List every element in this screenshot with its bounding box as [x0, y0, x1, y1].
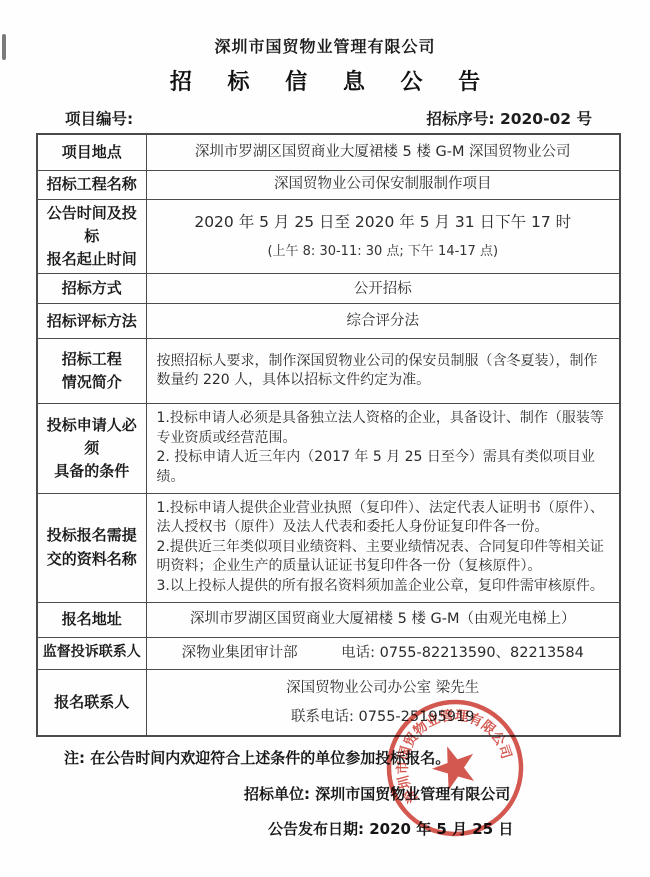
- project-number-label: 项目编号:: [36, 110, 133, 128]
- tender-info-table: 项目地点 深圳市罗湖区国贸商业大厦裙楼 5 楼 G-M 深国贸物业公司 招标工程…: [36, 133, 621, 737]
- table-row-project-location: 项目地点 深圳市罗湖区国贸商业大厦裙楼 5 楼 G-M 深国贸物业公司: [37, 134, 620, 170]
- value-line: 按照招标人要求，制作深国贸物业公司的保安员制服（含冬夏装），制作数量约 220 …: [157, 352, 610, 391]
- publish-date-line: 公告发布日期: 2020 年 5 月 25 日: [268, 819, 650, 839]
- row-label: 公告时间及投标 报名起止时间: [37, 199, 146, 274]
- row-label: 投标申请人必须 具备的条件: [37, 404, 146, 493]
- row-value: 深圳市罗湖区国贸商业大厦裙楼 5 楼 G-M（由观光电梯上）: [146, 602, 620, 637]
- table-row-registration-address: 报名地址 深圳市罗湖区国贸商业大厦裙楼 5 楼 G-M（由观光电梯上）: [37, 602, 620, 637]
- table-row-registration-contact: 报名联系人 深国贸物业公司办公室 梁先生 联系电话: 0755-25195919: [37, 669, 620, 736]
- tender-serial-label: 招标序号:: [426, 110, 500, 128]
- row-value: 按照招标人要求，制作深国贸物业公司的保安员制服（含冬夏装），制作数量约 220 …: [146, 339, 620, 404]
- meta-row: 项目编号: 招标序号: 2020-02 号: [36, 110, 614, 128]
- row-value: 1.投标申请人必须是具备独立法人资格的企业，具备设计、制作（服装等专业资质或经营…: [146, 404, 620, 493]
- value-line: 1.投标申请人提供企业营业执照（复印件）、法定代表人证明书（原件）、法人授权书（…: [157, 499, 610, 538]
- value-line: 2020 年 5 月 25 日至 2020 年 5 月 31 日下午 17 时: [157, 212, 610, 234]
- value-line: 3.以上投标人提供的所有报名资料须加盖企业公章，复印件需审核原件。: [157, 577, 610, 597]
- row-label: 招标工程名称: [37, 170, 146, 199]
- value-line: 深国贸物业公司办公室 梁先生: [157, 678, 610, 698]
- value-line: 公开招标: [157, 279, 610, 299]
- table-row-required-documents: 投标报名需提 交的资料名称 1.投标申请人提供企业营业执照（复印件）、法定代表人…: [37, 493, 620, 602]
- tender-serial: 招标序号: 2020-02 号: [426, 110, 614, 128]
- value-line: 2. 投标申请人近三年内（2017 年 5 月 25 日至今）需具有类似项目业绩…: [157, 448, 610, 487]
- tender-unit-line: 招标单位: 深圳市国贸物业管理有限公司: [244, 784, 650, 804]
- value-line: 深物业集团审计部 电话: 0755-82213590、82213584: [157, 643, 610, 663]
- value-line: 深圳市罗湖区国贸商业大厦裙楼 5 楼 G-M 深国贸物业公司: [157, 142, 610, 162]
- row-label: 招标评标方法: [37, 304, 146, 339]
- row-value: 综合评分法: [146, 304, 620, 339]
- value-line: 深圳市罗湖区国贸商业大厦裙楼 5 楼 G-M（由观光电梯上）: [157, 609, 610, 629]
- document-page: 深圳市国贸物业管理有限公司 招 标 信 息 公 告 项目编号: 招标序号: 20…: [0, 0, 650, 877]
- company-name: 深圳市国贸物业管理有限公司: [0, 36, 650, 58]
- row-label: 项目地点: [37, 134, 146, 170]
- value-line: 深国贸物业公司保安制服制作项目: [157, 174, 610, 194]
- scan-artifact: [2, 34, 6, 60]
- table-row-supervision-contact: 监督投诉联系人 深物业集团审计部 电话: 0755-82213590、82213…: [37, 637, 620, 669]
- row-label: 报名地址: [37, 602, 146, 637]
- tender-serial-value: 2020-02 号: [500, 110, 592, 128]
- page-title: 招 标 信 息 公 告: [0, 70, 650, 96]
- value-line: 1.投标申请人必须是具备独立法人资格的企业，具备设计、制作（服装等专业资质或经营…: [157, 409, 610, 448]
- value-line: 综合评分法: [157, 311, 610, 331]
- table-row-project-overview: 招标工程 情况简介 按照招标人要求，制作深国贸物业公司的保安员制服（含冬夏装），…: [37, 339, 620, 404]
- row-label: 报名联系人: [37, 669, 146, 736]
- table-row-applicant-requirements: 投标申请人必须 具备的条件 1.投标申请人必须是具备独立法人资格的企业，具备设计…: [37, 404, 620, 493]
- table-row-announcement-period: 公告时间及投标 报名起止时间 2020 年 5 月 25 日至 2020 年 5…: [37, 199, 620, 274]
- row-label: 投标报名需提 交的资料名称: [37, 493, 146, 602]
- row-value: 2020 年 5 月 25 日至 2020 年 5 月 31 日下午 17 时 …: [146, 199, 620, 274]
- row-value: 公开招标: [146, 274, 620, 304]
- table-row-tender-method: 招标方式 公开招标: [37, 274, 620, 304]
- note-line: 注: 在公告时间内欢迎符合上述条件的单位参加投标报名。: [64, 748, 650, 768]
- table-row-evaluation-method: 招标评标方法 综合评分法: [37, 304, 620, 339]
- row-label: 监督投诉联系人: [37, 637, 146, 669]
- row-value: 深圳市罗湖区国贸商业大厦裙楼 5 楼 G-M 深国贸物业公司: [146, 134, 620, 170]
- row-value: 1.投标申请人提供企业营业执照（复印件）、法定代表人证明书（原件）、法人授权书（…: [146, 493, 620, 602]
- row-value: 深物业集团审计部 电话: 0755-82213590、82213584: [146, 637, 620, 669]
- value-line: 2.提供近三年类似项目业绩资料、主要业绩情况表、合同复印件等相关证明资料；企业生…: [157, 538, 610, 577]
- row-label: 招标工程 情况简介: [37, 339, 146, 404]
- value-line: (上午 8: 30-11: 30 点; 下午 14-17 点): [157, 243, 610, 261]
- value-line: 联系电话: 0755-25195919: [157, 707, 610, 727]
- table-row-project-name: 招标工程名称 深国贸物业公司保安制服制作项目: [37, 170, 620, 199]
- row-value: 深国贸物业公司办公室 梁先生 联系电话: 0755-25195919: [146, 669, 620, 736]
- row-label: 招标方式: [37, 274, 146, 304]
- row-value: 深国贸物业公司保安制服制作项目: [146, 170, 620, 199]
